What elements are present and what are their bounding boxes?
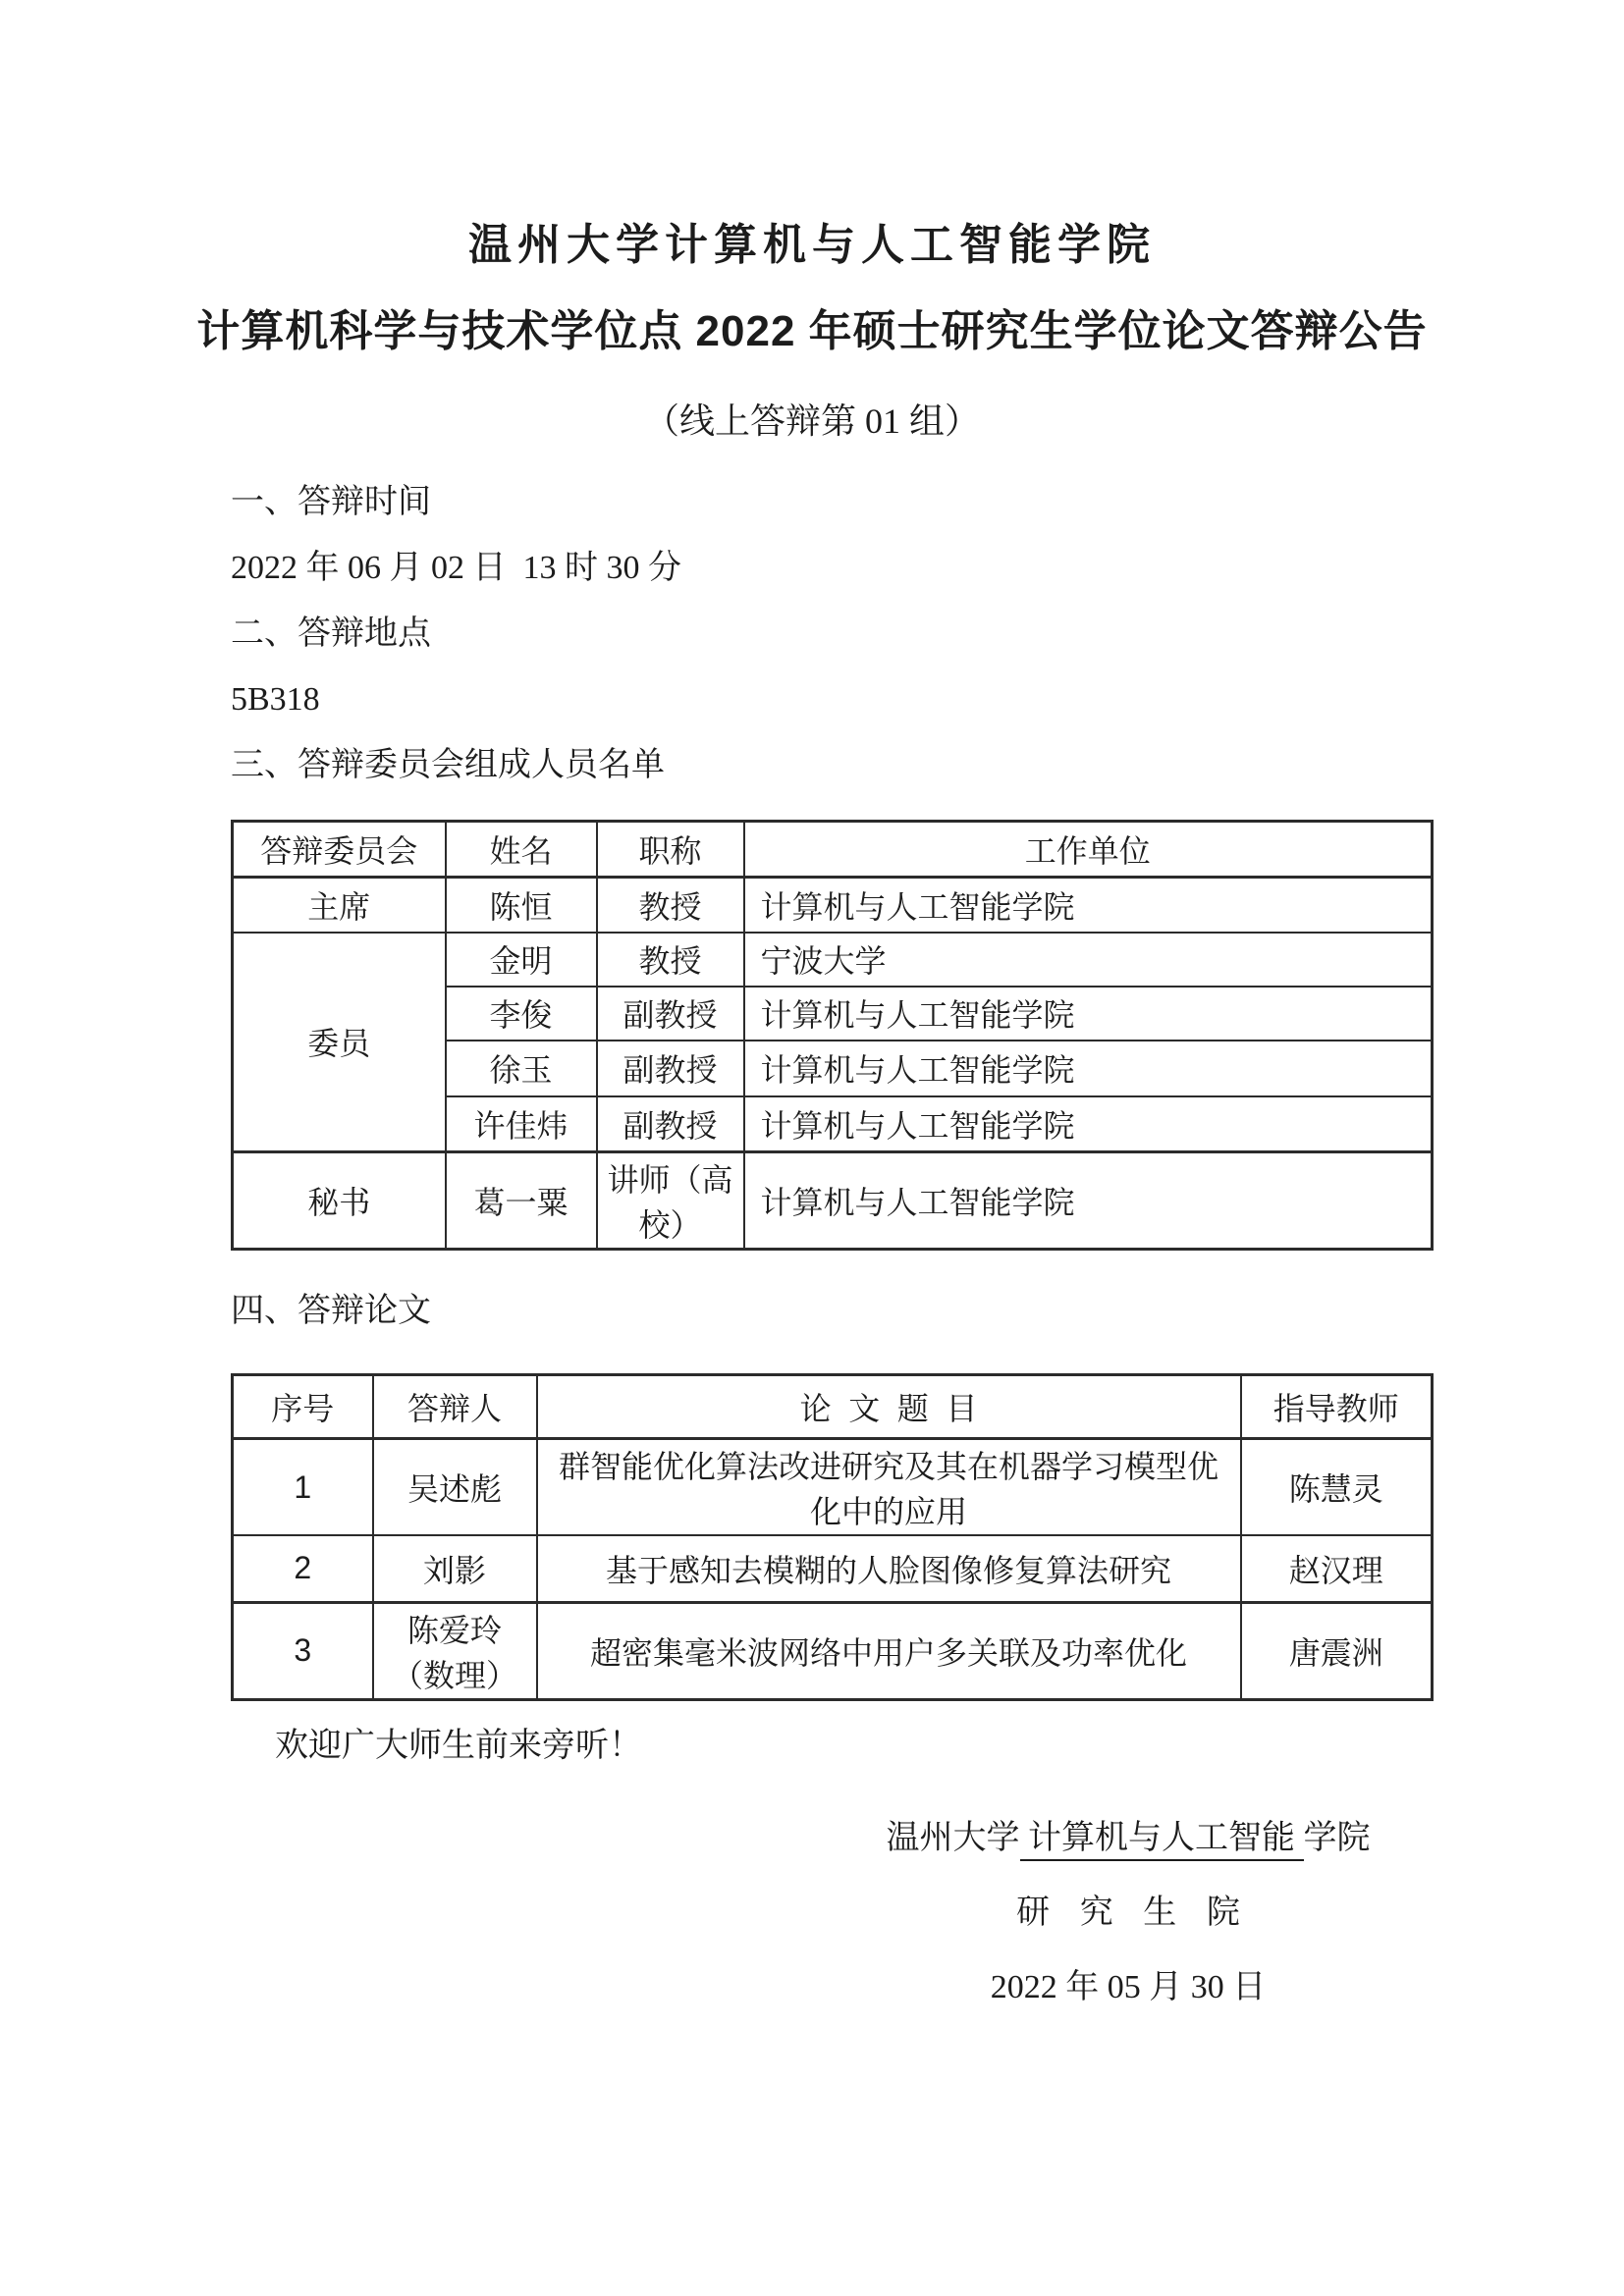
defender-cell: 陈爱玲（数理） [373,1602,537,1699]
thesis-table: 序号 答辩人 论文题目 指导教师 1 吴述彪 群智能优化算法改进研究及其在机器学… [231,1373,1434,1701]
title-cell: 副教授 [597,1041,744,1096]
title-cell: 副教授 [597,987,744,1041]
signature-graduate-school-line: 研究生院 [843,1876,1413,1950]
title-cell: 讲师（高校） [597,1152,744,1250]
committee-col-title: 职称 [597,822,744,878]
closing-remark: 欢迎广大师生前来旁听！ [275,1717,1431,1776]
thesis-col-title: 论文题目 [537,1375,1241,1439]
signature-underlined-department: 计算机与人工智能 [1020,1820,1304,1861]
defender-cell: 吴述彪 [373,1439,537,1536]
supervisor-cell: 赵汉理 [1241,1535,1433,1602]
thesis-col-no: 序号 [233,1375,373,1439]
unit-cell: 计算机与人工智能学院 [744,987,1433,1041]
name-cell: 陈恒 [446,878,597,933]
section-committee-heading: 三、答辩委员会组成人员名单 [231,732,1431,798]
main-title-line1: 温州大学计算机与人工智能学院 [0,0,1624,271]
table-row-chair: 主席 陈恒 教授 计算机与人工智能学院 [233,878,1433,933]
committee-col-name: 姓名 [446,822,597,878]
group-subtitle: （线上答辩第 01 组） [0,399,1624,444]
supervisor-cell: 唐震洲 [1241,1602,1433,1699]
table-row-member: 委员 金明 教授 宁波大学 [233,933,1433,987]
thesis-header-row: 序号 答辩人 论文题目 指导教师 [233,1375,1433,1439]
serial-cell: 2 [233,1535,373,1602]
role-cell: 委员 [233,933,446,1152]
unit-cell: 计算机与人工智能学院 [744,878,1433,933]
thesis-title-cell: 基于感知去模糊的人脸图像修复算法研究 [537,1535,1241,1602]
thesis-col-supervisor: 指导教师 [1241,1375,1433,1439]
name-cell: 徐玉 [446,1041,597,1096]
thesis-title-cell: 群智能优化算法改进研究及其在机器学习模型优化中的应用 [537,1439,1241,1536]
name-cell: 金明 [446,933,597,987]
thesis-title-cell: 超密集毫米波网络中用户多关联及功率优化 [537,1602,1241,1699]
signature-university-line: 温州大学 计算机与人工智能 学院 [843,1801,1413,1876]
document-body: 一、答辩时间 2022 年 06 月 02 日 13 时 30 分 二、答辩地点… [231,469,1431,2025]
name-cell: 李俊 [446,987,597,1041]
role-cell: 秘书 [233,1152,446,1250]
title-cell: 副教授 [597,1096,744,1152]
title-cell: 教授 [597,933,744,987]
unit-cell: 计算机与人工智能学院 [744,1152,1433,1250]
section-place-heading: 二、答辩地点 [231,601,1431,667]
signature-college-suffix: 学院 [1304,1820,1371,1856]
serial-cell: 3 [233,1602,373,1699]
committee-table: 答辩委员会 姓名 职称 工作单位 主席 陈恒 教授 计算机与人工智能学院 委员 … [231,820,1434,1251]
table-row-secretary: 秘书 葛一粟 讲师（高校） 计算机与人工智能学院 [233,1152,1433,1250]
thesis-col-defender: 答辩人 [373,1375,537,1439]
signature-university: 温州大学 [887,1820,1020,1856]
committee-col-role: 答辩委员会 [233,822,446,878]
name-cell: 许佳炜 [446,1096,597,1152]
unit-cell: 计算机与人工智能学院 [744,1041,1433,1096]
section-thesis-heading: 四、答辩论文 [231,1278,1431,1344]
document-page: 温州大学计算机与人工智能学院 计算机科学与技术学位点 2022 年硕士研究生学位… [0,0,1624,2296]
unit-cell: 宁波大学 [744,933,1433,987]
supervisor-cell: 陈慧灵 [1241,1439,1433,1536]
name-cell: 葛一粟 [446,1152,597,1250]
table-row-thesis: 1 吴述彪 群智能优化算法改进研究及其在机器学习模型优化中的应用 陈慧灵 [233,1439,1433,1536]
table-row-thesis: 2 刘影 基于感知去模糊的人脸图像修复算法研究 赵汉理 [233,1535,1433,1602]
defender-cell: 刘影 [373,1535,537,1602]
committee-col-unit: 工作单位 [744,822,1433,878]
role-cell: 主席 [233,878,446,933]
section-time-heading: 一、答辩时间 [231,469,1431,535]
unit-cell: 计算机与人工智能学院 [744,1096,1433,1152]
table-row-thesis: 3 陈爱玲（数理） 超密集毫米波网络中用户多关联及功率优化 唐震洲 [233,1602,1433,1699]
defense-location-value: 5B318 [231,667,1431,732]
title-cell: 教授 [597,878,744,933]
signature-block: 温州大学 计算机与人工智能 学院 研究生院 2022 年 05 月 30 日 [843,1801,1413,2025]
serial-cell: 1 [233,1439,373,1536]
defense-time-value: 2022 年 06 月 02 日 13 时 30 分 [231,535,1431,601]
main-title-line2: 计算机科学与技术学位点 2022 年硕士研究生学位论文答辩公告 [0,306,1624,357]
committee-header-row: 答辩委员会 姓名 职称 工作单位 [233,822,1433,878]
signature-date: 2022 年 05 月 30 日 [843,1950,1413,2025]
document-header: 温州大学计算机与人工智能学院 计算机科学与技术学位点 2022 年硕士研究生学位… [0,0,1624,444]
